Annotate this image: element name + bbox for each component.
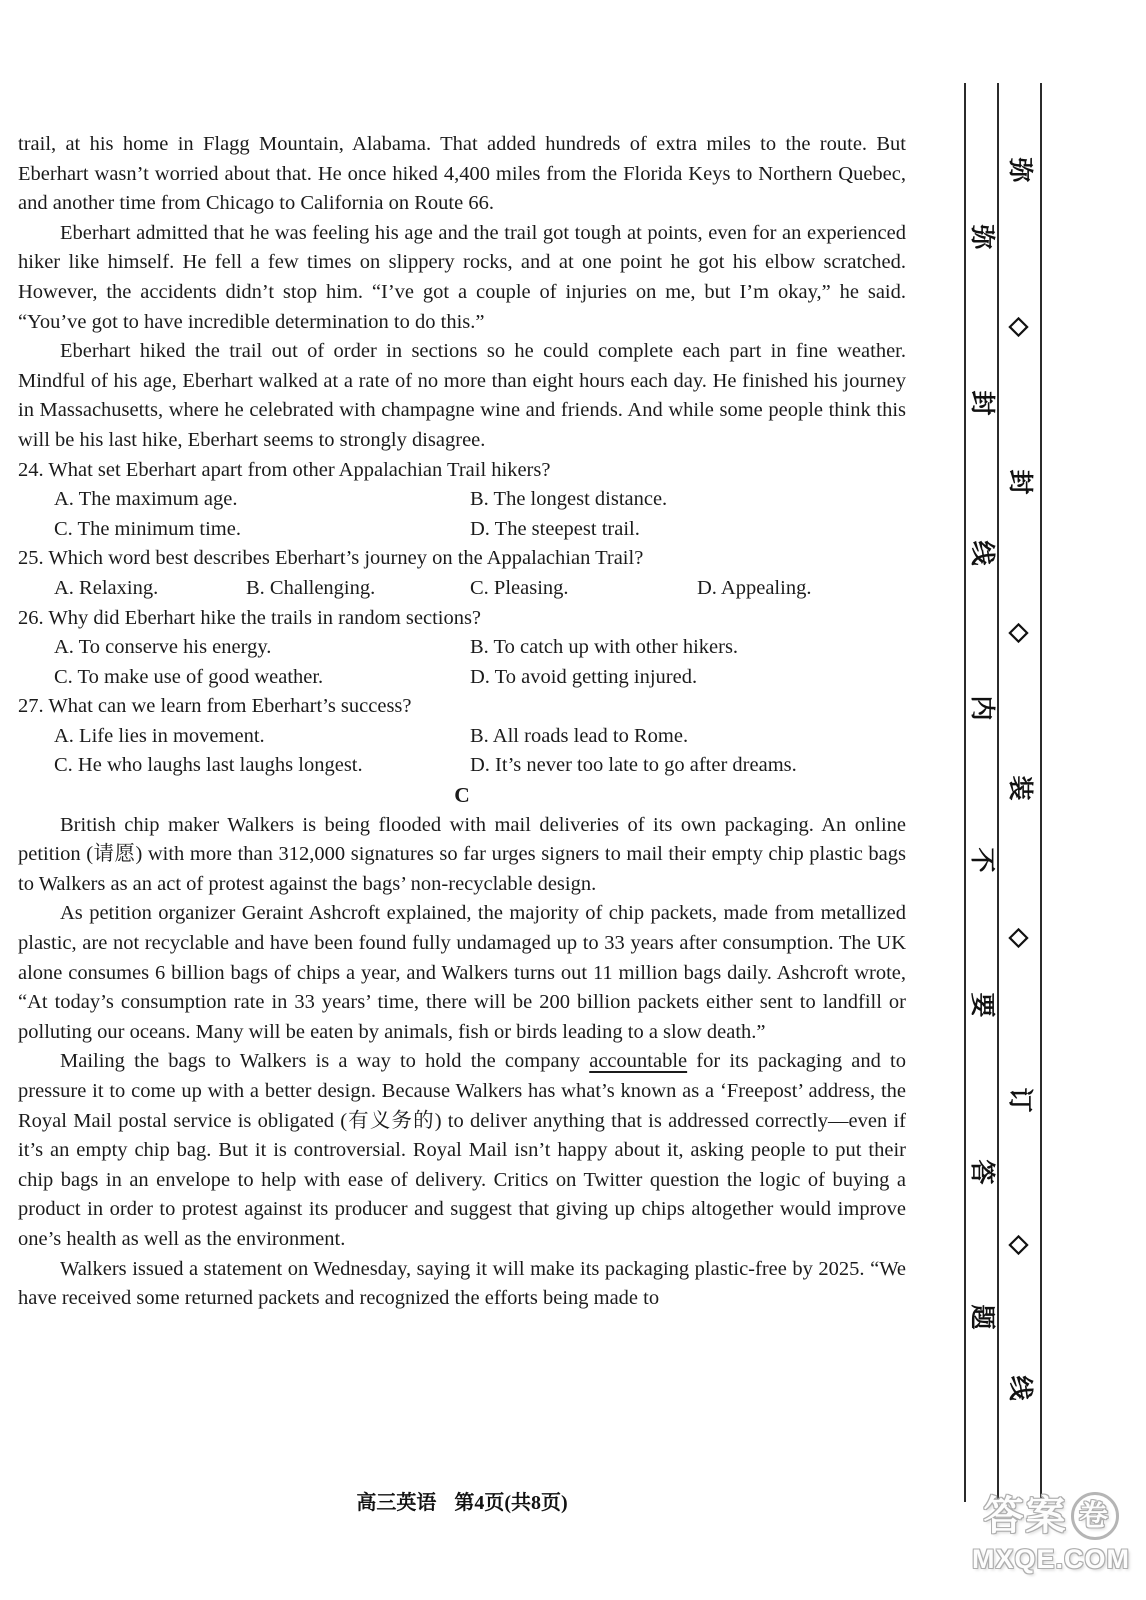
diamond-icon: ◇ [1004, 312, 1034, 342]
paragraph-text: Mailing the bags to Walkers is a way to … [60, 1050, 589, 1072]
option-label: B. To catch up with other hikers. [470, 633, 906, 663]
seal-char: 不 [966, 845, 996, 875]
seal-char: 封 [966, 388, 996, 418]
page-footer: 高三英语第4页(共8页) [18, 1486, 906, 1515]
seal-char: 弥 [1004, 155, 1034, 185]
question-stem: 24. What set Eberhart apart from other A… [18, 456, 906, 486]
underlined-word: accountable [589, 1050, 687, 1072]
seal-char: 要 [966, 990, 996, 1020]
seal-char: 内 [966, 693, 996, 723]
option-label: A. To conserve his energy. [54, 633, 470, 663]
diamond-icon: ◇ [1004, 1230, 1034, 1260]
option-label: C. The minimum time. [54, 515, 470, 545]
option-label: D. To avoid getting injured. [470, 663, 906, 693]
option-label: C. Pleasing. [470, 574, 697, 604]
question-25: 25. Which word best describes Eberhart’s… [18, 544, 906, 603]
footer-page-number: 第4页(共8页) [454, 1492, 567, 1514]
option-label: B. All roads lead to Rome. [470, 722, 906, 752]
watermark: 答案卷 MXQE.COM [956, 1492, 1146, 1574]
option-label: C. To make use of good weather. [54, 663, 470, 693]
option-label: B. The longest distance. [470, 485, 906, 515]
option-label: A. The maximum age. [54, 485, 470, 515]
passage-paragraph: As petition organizer Geraint Ashcroft e… [18, 899, 906, 1047]
question-options: A. The maximum age. B. The longest dista… [18, 485, 906, 544]
watermark-logo-text: 答案 [984, 1493, 1068, 1539]
seal-char: 答 [966, 1157, 996, 1187]
question-options: A. Life lies in movement. B. All roads l… [18, 722, 906, 781]
seal-char: 线 [966, 538, 996, 568]
seal-line [997, 83, 999, 1502]
option-label: A. Life lies in movement. [54, 722, 470, 752]
passage-paragraph: trail, at his home in Flagg Mountain, Al… [18, 130, 906, 219]
passage-paragraph: British chip maker Walkers is being floo… [18, 811, 906, 900]
question-24: 24. What set Eberhart apart from other A… [18, 456, 906, 545]
question-26: 26. Why did Eberhart hike the trails in … [18, 604, 906, 693]
seal-line [964, 83, 966, 1502]
question-options: A. Relaxing. B. Challenging. C. Pleasing… [18, 574, 906, 604]
option-label: C. He who laughs last laughs longest. [54, 751, 470, 781]
exam-page: trail, at his home in Flagg Mountain, Al… [0, 0, 1146, 1600]
option-label: D. Appealing. [697, 574, 906, 604]
seal-char: 订 [1004, 1085, 1034, 1115]
passage-paragraph: Mailing the bags to Walkers is a way to … [18, 1047, 906, 1254]
passage-paragraph: Eberhart hiked the trail out of order in… [18, 337, 906, 455]
question-options: A. To conserve his energy. B. To catch u… [18, 633, 906, 692]
seal-char: 题 [966, 1302, 996, 1332]
question-stem: 25. Which word best describes Eberhart’s… [18, 544, 906, 574]
section-heading: C [18, 781, 906, 811]
option-label: B. Challenging. [246, 574, 470, 604]
diamond-icon: ◇ [1004, 618, 1034, 648]
watermark-badge-icon: 卷 [1071, 1492, 1119, 1540]
watermark-logo: 答案卷 [956, 1492, 1146, 1540]
footer-course: 高三英语 [356, 1492, 436, 1514]
option-label: D. The steepest trail. [470, 515, 906, 545]
question-stem: 26. Why did Eberhart hike the trails in … [18, 604, 906, 634]
seal-char: 装 [1004, 773, 1034, 803]
diamond-icon: ◇ [1004, 923, 1034, 953]
passage-paragraph: Walkers issued a statement on Wednesday,… [18, 1255, 906, 1314]
text-column: trail, at his home in Flagg Mountain, Al… [18, 130, 906, 1314]
seal-line [1040, 83, 1042, 1502]
paragraph-text: for its packaging and to pressure it to … [18, 1050, 906, 1250]
question-27: 27. What can we learn from Eberhart’s su… [18, 692, 906, 781]
passage-paragraph: Eberhart admitted that he was feeling hi… [18, 219, 906, 337]
seal-char: 封 [1004, 467, 1034, 497]
option-label: A. Relaxing. [54, 574, 246, 604]
seal-char: 线 [1004, 1373, 1034, 1403]
option-label: D. It’s never too late to go after dream… [470, 751, 906, 781]
seal-char: 弥 [966, 222, 996, 252]
watermark-site: MXQE.COM [956, 1544, 1146, 1574]
question-stem: 27. What can we learn from Eberhart’s su… [18, 692, 906, 722]
